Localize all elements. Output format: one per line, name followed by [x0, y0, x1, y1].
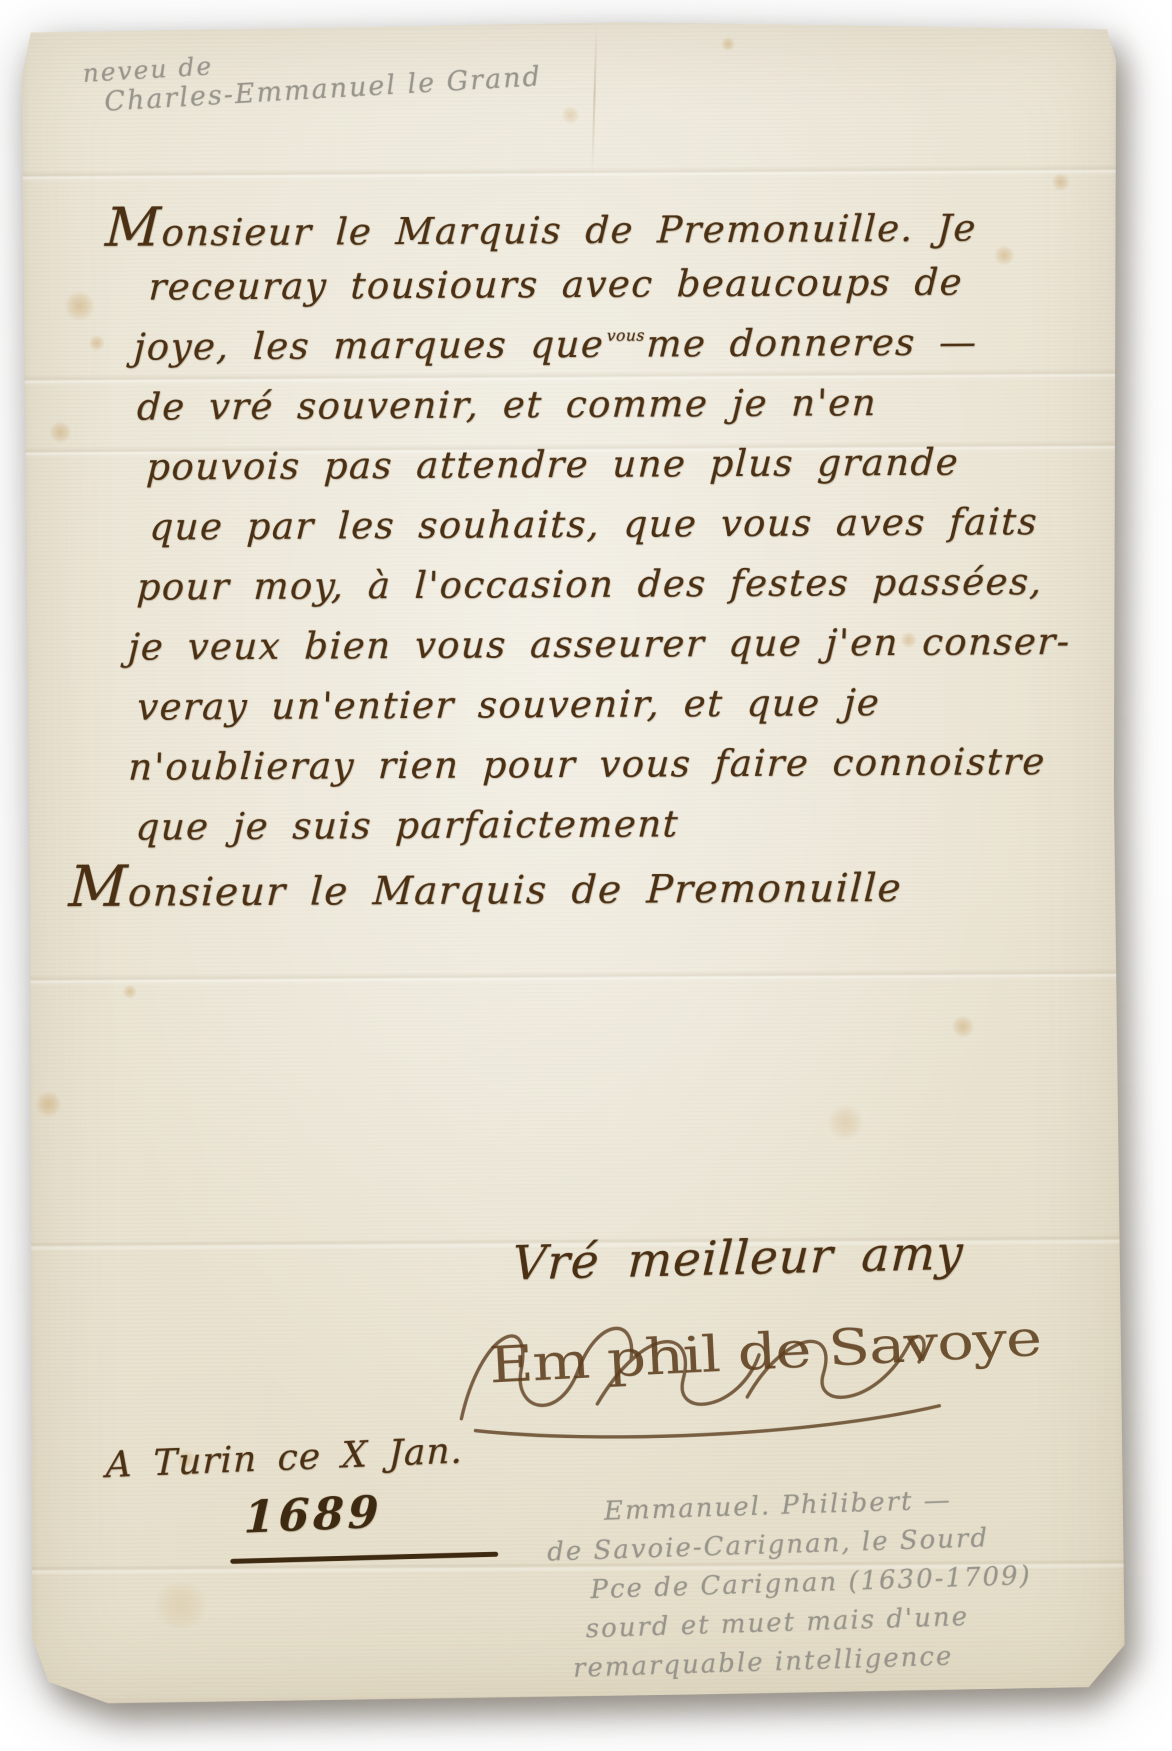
paper-sheet-wrap: neveu de Charles-Emmanuel le Grand Monsi…: [21, 17, 1127, 1706]
letter-line-4: de vré souvenir, et comme je n'en: [136, 373, 1079, 439]
letter-place-date: A Turin ce X Jan.: [106, 1430, 464, 1486]
stain-spot: [952, 1016, 974, 1038]
stain-spot: [1052, 173, 1070, 191]
fold-crease: [22, 165, 1118, 182]
signature-block: Em phil de Savoye: [447, 1300, 968, 1453]
stain-spot: [123, 985, 137, 999]
paper-sheet: neveu de Charles-Emmanuel le Grand Monsi…: [21, 17, 1127, 1706]
letter-year: 1689: [243, 1487, 383, 1544]
manuscript-photo: neveu de Charles-Emmanuel le Grand Monsi…: [0, 0, 1172, 1751]
pencil-note-top: neveu de Charles-Emmanuel le Grand: [82, 32, 543, 119]
stain-spot: [561, 106, 579, 124]
stain-spot: [721, 37, 735, 51]
year-underline: [230, 1552, 498, 1564]
letter-line-11: que je suis parfaictement: [134, 793, 1059, 859]
stain-spot: [49, 421, 71, 443]
letter-line-1: Monsieur le Marquis de Premonuille. Je: [104, 193, 1087, 259]
letter-line-3: joye, les marques quevousme donneres —: [132, 313, 1081, 379]
letter-line-10: n'oublieray rien pour vous faire connois…: [127, 733, 1062, 799]
letter-closing: Vré meilleur amy: [511, 1226, 965, 1292]
letter-line-3-pre: joye, les marques que: [133, 323, 605, 369]
letter-line-8: je veux bien vous asseurer que j'en cons…: [127, 613, 1068, 679]
letter-line-9: veray un'entier souvenir, et que je: [136, 673, 1065, 739]
fold-crease: [27, 969, 1123, 986]
letter-salutation: Monsieur le Marquis de Premonuille: [67, 853, 1056, 919]
inserted-word-above-line: vous: [606, 326, 645, 344]
paper-crack: [591, 26, 597, 176]
stain-spot: [35, 1091, 61, 1117]
letter-line-2: receuray tousiours avec beaucoups de: [147, 253, 1084, 319]
pencil-note-bottom: Emmanuel. Philibert — de Savoie-Carignan…: [545, 1479, 1034, 1690]
letter-line-7: pour moy, à l'occasion des festes passée…: [135, 553, 1070, 619]
letter-line-5: pouvois pas attendre une plus grande: [145, 433, 1076, 499]
letter-body: Monsieur le Marquis de Premonuille. Je r…: [73, 193, 1086, 919]
letter-line-3-post: me donneres —: [645, 321, 978, 366]
letter-line-6: que par les souhaits, que vous aves fait…: [148, 493, 1073, 559]
stain-spot: [65, 291, 95, 321]
stain-spot: [150, 1582, 210, 1628]
stain-spot: [827, 1104, 863, 1140]
